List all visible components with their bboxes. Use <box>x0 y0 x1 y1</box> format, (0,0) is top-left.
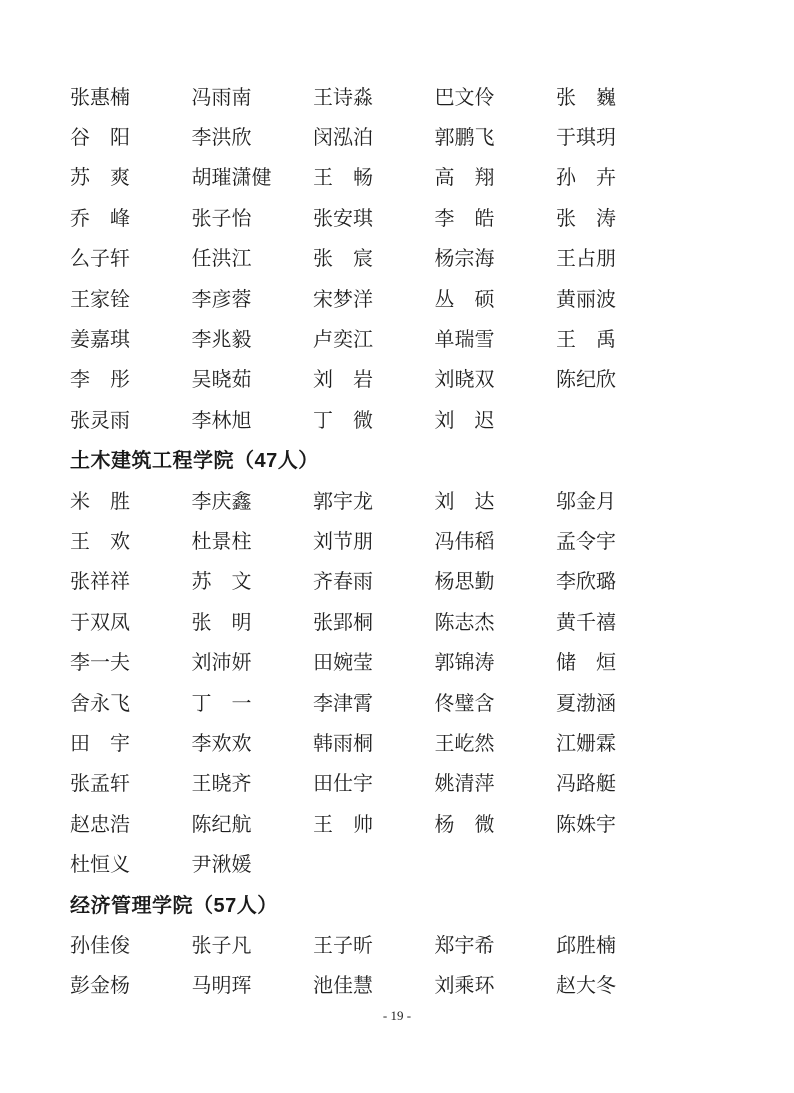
student-name: 储 烜 <box>556 640 678 680</box>
student-name: 吴晓茹 <box>192 358 314 398</box>
student-name: 杜恒义 <box>70 842 192 882</box>
student-name: 田婉莹 <box>313 640 435 680</box>
student-name: 卢奕江 <box>313 317 435 357</box>
student-name: 李彦蓉 <box>192 277 314 317</box>
student-name: 陈纪欣 <box>556 358 678 398</box>
student-name: 池佳慧 <box>313 964 435 1004</box>
student-name: 丛 硕 <box>435 277 557 317</box>
student-name: 王 禹 <box>556 317 678 357</box>
student-name: 杨思勤 <box>435 560 557 600</box>
student-name: 胡璀潇健 <box>192 156 314 196</box>
student-name: 李欢欢 <box>192 721 314 761</box>
student-name: 夏渤涵 <box>556 681 678 721</box>
student-name: 高 翔 <box>435 156 557 196</box>
student-name: 江姗霖 <box>556 721 678 761</box>
student-name: 郭锦涛 <box>435 640 557 680</box>
student-name: 田 宇 <box>70 721 192 761</box>
student-name: 黄千禧 <box>556 600 678 640</box>
student-name: 任洪江 <box>192 237 314 277</box>
student-name: 张惠楠 <box>70 75 192 115</box>
name-grid: 孙佳俊张子凡王子昕郑宇希邱胜楠彭金杨马明珲池佳慧刘乘环赵大冬 <box>70 923 794 1004</box>
name-grid: 米 胜李庆鑫郭宇龙刘 达邬金月王 欢杜景柱刘节朋冯伟稻孟令宇张祥祥苏 文齐春雨杨… <box>70 479 794 883</box>
student-name: 邬金月 <box>556 479 678 519</box>
student-name: 乔 峰 <box>70 196 192 236</box>
student-name: 李一夫 <box>70 640 192 680</box>
student-name: 王家铨 <box>70 277 192 317</box>
student-name: 宋梦洋 <box>313 277 435 317</box>
student-name: 姚清萍 <box>435 762 557 802</box>
student-name: 马明珲 <box>192 964 314 1004</box>
student-name: 张 宸 <box>313 237 435 277</box>
student-name: 郭宇龙 <box>313 479 435 519</box>
student-name: 王 畅 <box>313 156 435 196</box>
student-name: 刘 迟 <box>435 398 557 438</box>
student-name: 么子轩 <box>70 237 192 277</box>
student-name: 杨宗海 <box>435 237 557 277</box>
student-name: 王子昕 <box>313 923 435 963</box>
student-name: 于双凤 <box>70 600 192 640</box>
student-name: 冯路艇 <box>556 762 678 802</box>
student-name: 丁 一 <box>192 681 314 721</box>
student-name: 王 帅 <box>313 802 435 842</box>
student-name: 李兆毅 <box>192 317 314 357</box>
student-name: 刘 达 <box>435 479 557 519</box>
student-name: 李津霄 <box>313 681 435 721</box>
section-header: 土木建筑工程学院（47人） <box>70 439 794 479</box>
student-name: 张祥祥 <box>70 560 192 600</box>
student-name: 苏 文 <box>192 560 314 600</box>
student-name: 李欣璐 <box>556 560 678 600</box>
student-name: 张 明 <box>192 600 314 640</box>
name-grid: 张惠楠冯雨南王诗淼巴文伶张 巍谷 阳李洪欣闵泓泊郭鹏飞于琪玥苏 爽胡璀潇健王 畅… <box>70 75 794 439</box>
student-name: 孙佳俊 <box>70 923 192 963</box>
document-page: 张惠楠冯雨南王诗淼巴文伶张 巍谷 阳李洪欣闵泓泊郭鹏飞于琪玥苏 爽胡璀潇健王 畅… <box>0 0 794 1093</box>
student-name: 冯雨南 <box>192 75 314 115</box>
student-name: 赵大冬 <box>556 964 678 1004</box>
student-name: 张灵雨 <box>70 398 192 438</box>
student-name: 刘乘环 <box>435 964 557 1004</box>
student-name: 米 胜 <box>70 479 192 519</box>
student-name: 张子怡 <box>192 196 314 236</box>
student-name: 彭金杨 <box>70 964 192 1004</box>
student-name: 舍永飞 <box>70 681 192 721</box>
student-name: 陈姝宇 <box>556 802 678 842</box>
student-name: 佟璧含 <box>435 681 557 721</box>
student-name: 尹湫媛 <box>192 842 314 882</box>
student-name: 姜嘉琪 <box>70 317 192 357</box>
student-name: 丁 微 <box>313 398 435 438</box>
student-name: 邱胜楠 <box>556 923 678 963</box>
student-name: 田仕宇 <box>313 762 435 802</box>
student-name: 齐春雨 <box>313 560 435 600</box>
student-name: 孙 卉 <box>556 156 678 196</box>
student-name: 王诗淼 <box>313 75 435 115</box>
student-name: 王屹然 <box>435 721 557 761</box>
student-name: 苏 爽 <box>70 156 192 196</box>
student-name: 王占朋 <box>556 237 678 277</box>
section-civil-engineering: 土木建筑工程学院（47人） 米 胜李庆鑫郭宇龙刘 达邬金月王 欢杜景柱刘节朋冯伟… <box>70 439 794 883</box>
student-name: 李洪欣 <box>192 115 314 155</box>
student-name: 郭鹏飞 <box>435 115 557 155</box>
section-header: 经济管理学院（57人） <box>70 883 794 923</box>
student-name: 刘晓双 <box>435 358 557 398</box>
student-name: 于琪玥 <box>556 115 678 155</box>
student-name: 李庆鑫 <box>192 479 314 519</box>
student-name: 王 欢 <box>70 519 192 559</box>
student-name: 郑宇希 <box>435 923 557 963</box>
student-name: 杜景柱 <box>192 519 314 559</box>
student-name: 黄丽波 <box>556 277 678 317</box>
student-name: 陈志杰 <box>435 600 557 640</box>
student-name: 李林旭 <box>192 398 314 438</box>
page-number: - 19 - <box>0 1008 794 1024</box>
student-name: 张 巍 <box>556 75 678 115</box>
student-name: 谷 阳 <box>70 115 192 155</box>
student-name: 张孟轩 <box>70 762 192 802</box>
student-name: 闵泓泊 <box>313 115 435 155</box>
section-economics-management: 经济管理学院（57人） 孙佳俊张子凡王子昕郑宇希邱胜楠彭金杨马明珲池佳慧刘乘环赵… <box>70 883 794 1004</box>
student-name: 赵忠浩 <box>70 802 192 842</box>
student-name: 陈纪航 <box>192 802 314 842</box>
student-name: 张子凡 <box>192 923 314 963</box>
student-name: 张郢桐 <box>313 600 435 640</box>
student-name: 单瑞雪 <box>435 317 557 357</box>
student-name: 张安琪 <box>313 196 435 236</box>
student-name: 孟令宇 <box>556 519 678 559</box>
section-continued: 张惠楠冯雨南王诗淼巴文伶张 巍谷 阳李洪欣闵泓泊郭鹏飞于琪玥苏 爽胡璀潇健王 畅… <box>70 75 794 439</box>
student-name: 韩雨桐 <box>313 721 435 761</box>
student-name: 刘 岩 <box>313 358 435 398</box>
student-name: 王晓齐 <box>192 762 314 802</box>
student-name: 冯伟稻 <box>435 519 557 559</box>
student-name: 杨 微 <box>435 802 557 842</box>
student-name: 刘节朋 <box>313 519 435 559</box>
student-name: 李 皓 <box>435 196 557 236</box>
student-name: 李 彤 <box>70 358 192 398</box>
student-name: 张 涛 <box>556 196 678 236</box>
student-name: 刘沛妍 <box>192 640 314 680</box>
student-name: 巴文伶 <box>435 75 557 115</box>
